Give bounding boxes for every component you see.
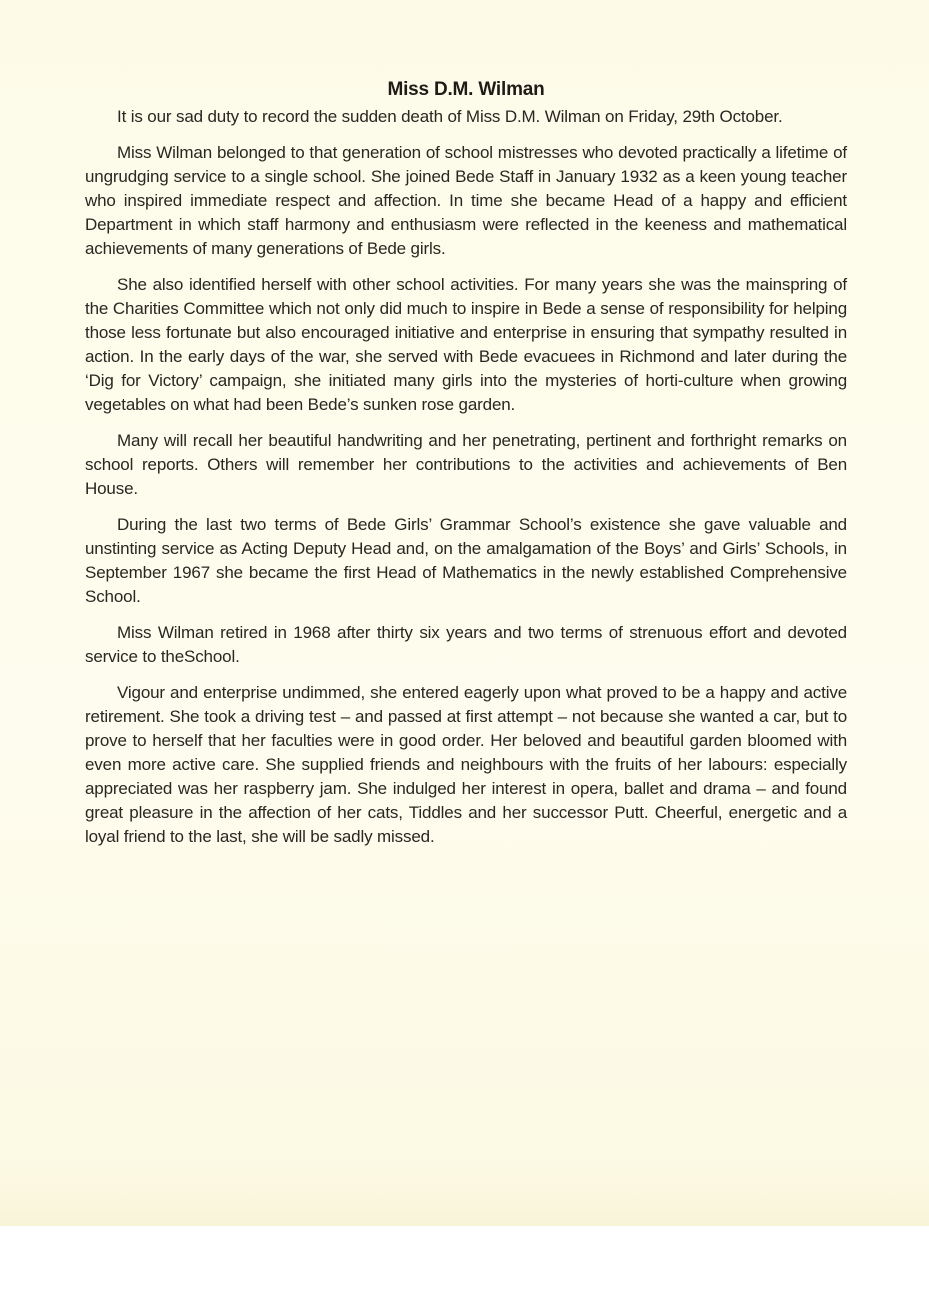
paragraph-deputy-head: During the last two terms of Bede Girls’… <box>85 513 847 609</box>
article-title: Miss D.M. Wilman <box>85 78 847 102</box>
obituary-article: Miss D.M. Wilman It is our sad duty to r… <box>85 78 847 861</box>
paragraph-later-life: Vigour and enterprise undimmed, she ente… <box>85 681 847 849</box>
paragraph-school-activities: She also identified herself with other s… <box>85 273 847 417</box>
paragraph-death-notice: It is our sad duty to record the sudden … <box>85 105 847 129</box>
paragraph-remembrance: Many will recall her beautiful handwriti… <box>85 429 847 501</box>
paragraph-career: Miss Wilman belonged to that generation … <box>85 141 847 261</box>
paragraph-retirement: Miss Wilman retired in 1968 after thirty… <box>85 621 847 669</box>
